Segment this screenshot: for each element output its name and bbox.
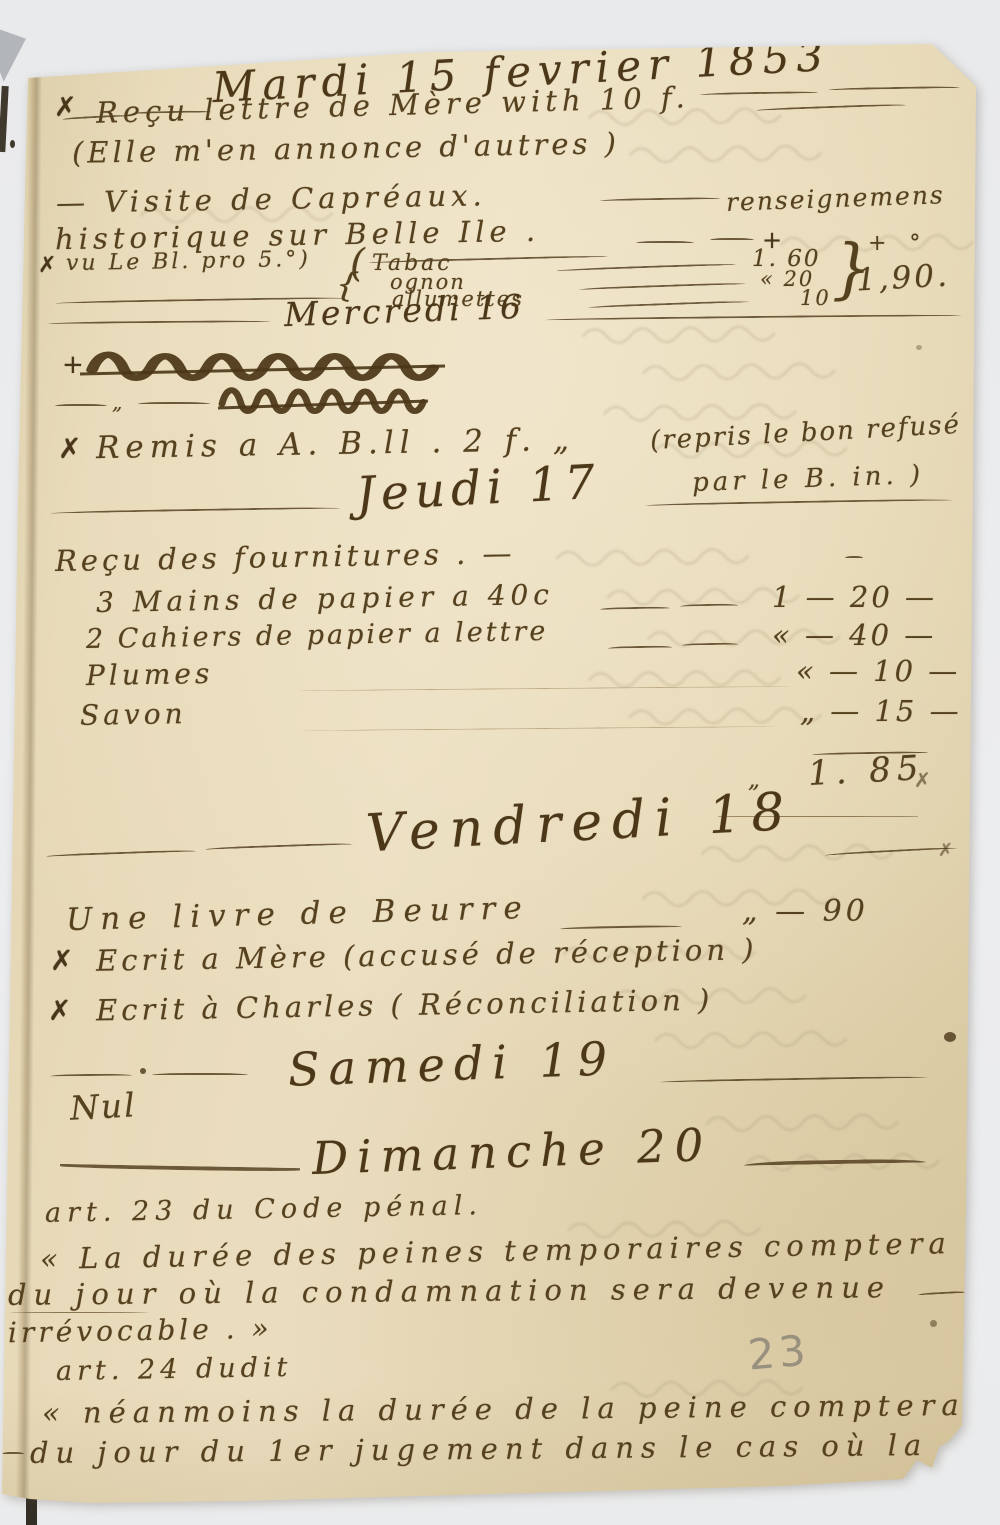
- item-label-plumes: Plumes: [86, 659, 214, 691]
- entry-beurre-amount: „ — 90: [742, 896, 869, 928]
- ink-dash: [2, 1452, 24, 1454]
- entry-ecrit-charles: Ecrit à Charles ( Réconciliation ): [96, 985, 714, 1026]
- item-amount-papier: 1 — 20 —: [772, 582, 937, 612]
- entry-remis: Remis a A. B.ll . 2 f. „: [96, 424, 575, 465]
- ink-dash: [636, 241, 694, 243]
- ink-blot: [944, 1032, 956, 1042]
- ink-dash: [660, 1076, 928, 1083]
- entry-beurre: Une livre de Beurre: [66, 892, 530, 937]
- entry-art23: art. 23 du Code pénal.: [45, 1192, 483, 1228]
- x-mark: ✗: [38, 253, 56, 278]
- ink-blot: [930, 1320, 937, 1327]
- ink-blot: [916, 345, 922, 350]
- entry-quote23-l2: du jour où la condamnation sera devenue: [8, 1272, 891, 1310]
- faint-ink-dash: [300, 726, 778, 731]
- entry-quote23-l1: « La durée des peines temporaires compte…: [40, 1228, 952, 1274]
- ink-dash: [48, 320, 270, 324]
- manuscript-photo: Mardi 15 fevrier 1853 ✗ Reçu lettre de M…: [0, 0, 1000, 1525]
- item-amount-plumes: « — 10 —: [796, 656, 960, 686]
- ink-dash: [682, 643, 738, 646]
- ink-dash: [710, 238, 754, 240]
- manuscript-page: Mardi 15 fevrier 1853 ✗ Reçu lettre de M…: [0, 0, 1000, 1525]
- entry-ecrit-mere: Ecrit a Mère (accusé de réception ): [96, 934, 758, 976]
- paper-shadow-wrap: Mardi 15 fevrier 1853 ✗ Reçu lettre de M…: [0, 0, 1000, 1525]
- heading-samedi-19: Samedi 19: [287, 1034, 617, 1094]
- entry-vu-note: vu Le Bl. pro 5.°): [66, 248, 311, 275]
- item-amount-savon: „ — 15 —: [800, 696, 962, 726]
- x-mark: ✗: [48, 994, 71, 1027]
- fournitures-total: 1. 85: [807, 751, 925, 793]
- faint-ink-dash: [292, 686, 792, 691]
- entry-quote23-l3: irrévocable . »: [8, 1314, 273, 1348]
- ink-dash: [152, 1073, 248, 1075]
- entry-visit-note-right: renseignemens: [726, 182, 946, 216]
- heading-jeudi-17: Jeudi 17: [355, 458, 602, 520]
- entry-remis-note2: par le B. in. ): [692, 462, 925, 497]
- ink-dash: [845, 556, 863, 558]
- entry-nul: Nul: [69, 1088, 137, 1126]
- item-label-cahiers: 2 Cahiers de papier a lettre: [86, 618, 549, 654]
- plus-mark: +: [62, 350, 84, 380]
- ink-dash: [545, 314, 963, 320]
- ink-dash: [556, 263, 736, 271]
- ink-dash: [828, 86, 960, 90]
- underline-du-jour: [10, 1312, 148, 1313]
- ink-dash: [560, 925, 682, 929]
- entry-art24: art. 24 dudit: [56, 1354, 293, 1386]
- x-mark: ✗: [54, 92, 77, 123]
- entry-received-letter: Reçu lettre de Mère with 10 f.: [96, 82, 690, 128]
- entry-quote24-l1: « néanmoins la durée de la peine compter…: [42, 1390, 966, 1428]
- x-mark: ✗: [50, 944, 73, 977]
- ink-dot: [140, 1068, 146, 1074]
- ink-dash: [60, 1164, 300, 1172]
- ink-dash: [608, 645, 672, 648]
- item-amount-cahiers: « — 40 —: [772, 620, 936, 650]
- x-mark: ✗: [58, 432, 81, 465]
- ink-dash: [138, 402, 210, 404]
- heading-mercredi-16: Mercredi 16: [283, 290, 524, 333]
- ink-dash: [578, 282, 746, 290]
- ink-dash: [756, 103, 906, 110]
- ink-dash: [918, 1291, 966, 1296]
- ink-dash: [600, 197, 720, 201]
- ink-dash: [680, 603, 738, 606]
- ink-dash: [700, 91, 818, 95]
- item-label-papier: 3 Mains de papier a 40c: [96, 580, 554, 617]
- ink-dash: [50, 506, 340, 513]
- ink-dash: [46, 849, 196, 856]
- expenses-plus-note: + °: [868, 232, 928, 255]
- heading-dimanche-20: Dimanche 20: [311, 1121, 713, 1182]
- ink-dash: [55, 404, 107, 406]
- ink-dash: [600, 606, 670, 609]
- entry-visit: — Visite de Capréaux.: [56, 180, 487, 218]
- expenses-total: 1,90.: [855, 260, 950, 297]
- ink-dash: [645, 498, 953, 505]
- entry-fournitures-intro: Reçu des fournitures . —: [55, 538, 516, 576]
- ink-dash: [50, 1074, 132, 1077]
- ink-dash: [744, 1158, 926, 1165]
- x-mark: ✗: [938, 840, 953, 861]
- ditto-mark: „: [112, 392, 122, 413]
- entry-letter-note: (Elle m'en annonce d'autres ): [72, 128, 620, 168]
- entry-quote24-l2: du jour du 1er jugement dans le cas où l…: [30, 1430, 928, 1468]
- pencil-page-number: 23: [746, 1325, 811, 1379]
- ink-dash: [205, 842, 353, 849]
- item-label-savon: Savon: [80, 699, 187, 730]
- expense-amount-allumettes: 10: [800, 287, 831, 309]
- heading-vendredi-18: Vendredi 18: [365, 785, 796, 862]
- entry-remis-note1: (repris le bon refusé: [649, 412, 961, 456]
- ink-dash: [588, 300, 750, 308]
- x-mark: ✗: [914, 768, 931, 792]
